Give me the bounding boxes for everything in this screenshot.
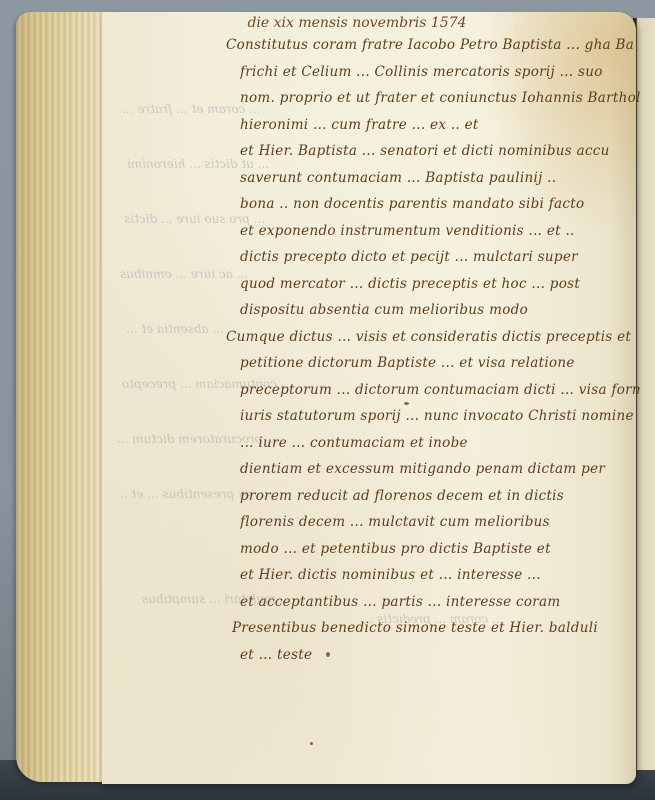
manuscript-line: et exponendo instrumentum venditionis ..… (240, 218, 640, 245)
entry-date-heading: die xix mensis novembris 1574 (247, 15, 467, 31)
manuscript-line: Cumque dictus ... visis et consideratis … (226, 324, 640, 351)
manuscript-line: Presentibus benedicto simone teste et Hi… (232, 615, 640, 642)
manuscript-line: dispositu absentia cum melioribus modo (240, 297, 640, 324)
manuscript-line: et Hier. dictis nominibus et ... interes… (240, 562, 640, 589)
manuscript-line: iuris statutorum sporij ... nunc invocat… (240, 403, 640, 430)
manuscript-line: et ... teste (240, 642, 640, 669)
bleed-through-line: ... absentia et ... (126, 322, 224, 336)
manuscript-line: bona .. non docentis parentis mandato si… (240, 191, 640, 218)
manuscript-page: ... coram et ... fratre ... ... ut dicti… (102, 12, 636, 784)
foxing-spot (310, 742, 313, 745)
manuscript-line: prorem reducit ad florenos decem et in d… (240, 483, 640, 510)
page-stack-edges (16, 12, 108, 782)
bound-book: ... coram et ... fratre ... ... ut dicti… (16, 12, 636, 792)
manuscript-line: dictis precepto dicto et pecijt ... mulc… (240, 244, 640, 271)
manuscript-line: Constitutus coram fratre Iacobo Petro Ba… (226, 32, 640, 59)
manuscript-line: saverunt contumaciam ... Baptista paulin… (240, 165, 640, 192)
manuscript-line: ... iure ... contumaciam et inobe (240, 430, 640, 457)
manuscript-line: petitione dictorum Baptiste ... et visa … (240, 350, 640, 377)
manuscript-line: preceptorum ... dictorum contumaciam dic… (240, 377, 640, 404)
handwritten-text-block: Constitutus coram fratre Iacobo Petro Ba… (240, 32, 640, 668)
manuscript-line: dientiam et excessum mitigando penam dic… (240, 456, 640, 483)
manuscript-line: frichi et Celium ... Collinis mercatoris… (240, 59, 640, 86)
manuscript-line: quod mercator ... dictis preceptis et ho… (240, 271, 640, 298)
manuscript-line: modo ... et petentibus pro dictis Baptis… (240, 536, 640, 563)
manuscript-line: hieronimi ... cum fratre ... ex .. et (240, 112, 640, 139)
manuscript-line: et Hier. Baptista ... senatori et dicti … (240, 138, 640, 165)
manuscript-line: nom. proprio et ut frater et coniunctus … (240, 85, 640, 112)
bleed-through-line: ... ac iure ... omnibus (120, 267, 248, 281)
manuscript-line: et acceptantibus ... partis ... interess… (240, 589, 640, 616)
manuscript-line: florenis decem ... mulctavit cum meliori… (240, 509, 640, 536)
